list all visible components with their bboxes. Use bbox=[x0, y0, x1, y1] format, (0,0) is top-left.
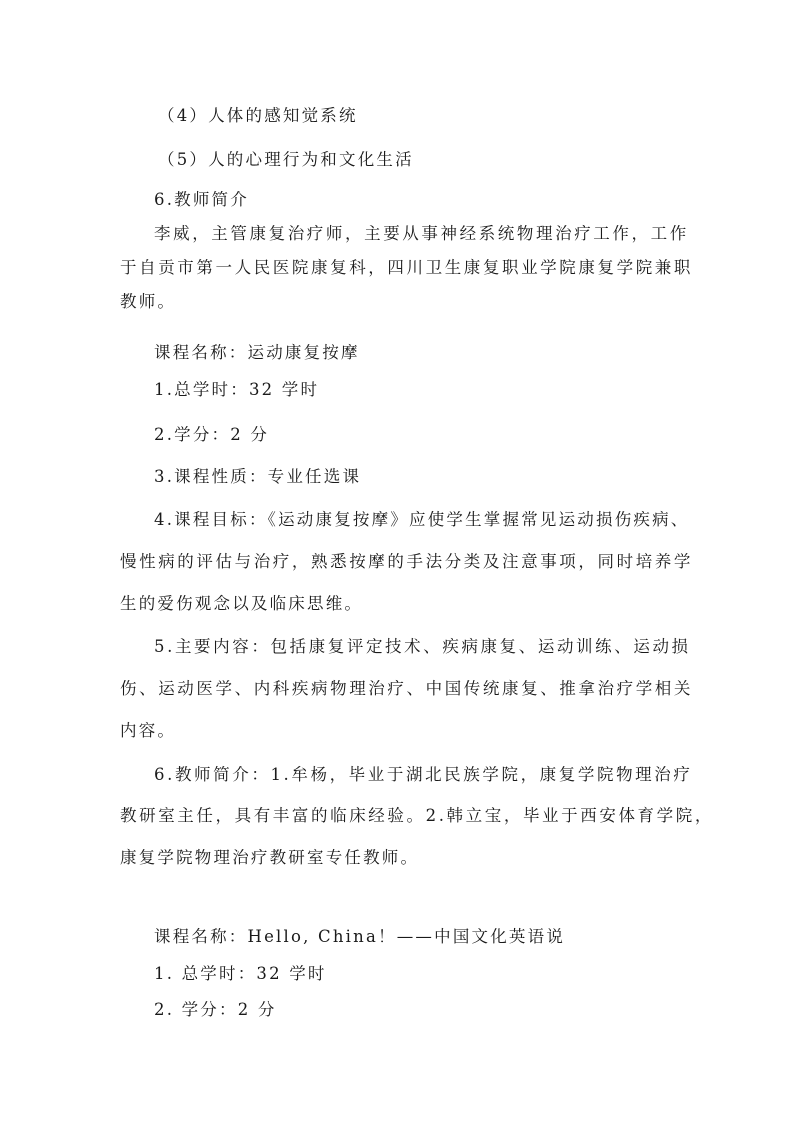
course-content-line: 内容。 bbox=[120, 721, 176, 741]
teacher-paragraph-line: 李威，主管康复治疗师，主要从事神经系统物理治疗工作，工作 bbox=[154, 224, 689, 244]
list-item-perception: （4）人体的感知觉系统 bbox=[158, 106, 358, 126]
course-title: 课程名称：运动康复按摩 bbox=[154, 343, 360, 363]
course-content-line: 伤、运动医学、内科疾病物理治疗、中国传统康复、推拿治疗学相关 bbox=[120, 679, 693, 699]
course-goal-line: 生的爱伤观念以及临床思维。 bbox=[120, 594, 363, 614]
course-nature: 3.课程性质：专业任选课 bbox=[154, 467, 361, 487]
list-item-psychology: （5）人的心理行为和文化生活 bbox=[158, 150, 414, 170]
course-teacher-line: 康复学院物理治疗教研室专任教师。 bbox=[120, 848, 419, 868]
course-teacher-line: 6.教师简介：1.牟杨，毕业于湖北民族学院，康复学院物理治疗 bbox=[154, 765, 693, 785]
course-credits: 2.学分：2 分 bbox=[154, 425, 269, 445]
course-credits: 2. 学分：2 分 bbox=[154, 1000, 277, 1020]
course-content-line: 5.主要内容：包括康复评定技术、疾病康复、运动训练、运动损 bbox=[154, 637, 691, 657]
course-goal-line: 4.课程目标：《运动康复按摩》应使学生掌握常见运动损伤疾病、 bbox=[154, 510, 690, 530]
teacher-paragraph-line: 教师。 bbox=[120, 292, 176, 312]
teacher-paragraph-line: 于自贡市第一人民医院康复科，四川卫生康复职业学院康复学院兼职 bbox=[120, 258, 693, 278]
course-title: 课程名称：Hello, China！——中国文化英语说 bbox=[154, 927, 565, 947]
course-teacher-line: 教研室主任，具有丰富的临床经验。2.韩立宝，毕业于西安体育学院， bbox=[120, 806, 714, 826]
course-hours: 1. 总学时：32 学时 bbox=[154, 964, 327, 984]
teacher-heading: 6.教师简介 bbox=[154, 190, 249, 210]
course-goal-line: 慢性病的评估与治疗，熟悉按摩的手法分类及注意事项，同时培养学 bbox=[120, 552, 693, 572]
course-hours: 1.总学时：32 学时 bbox=[154, 380, 319, 400]
